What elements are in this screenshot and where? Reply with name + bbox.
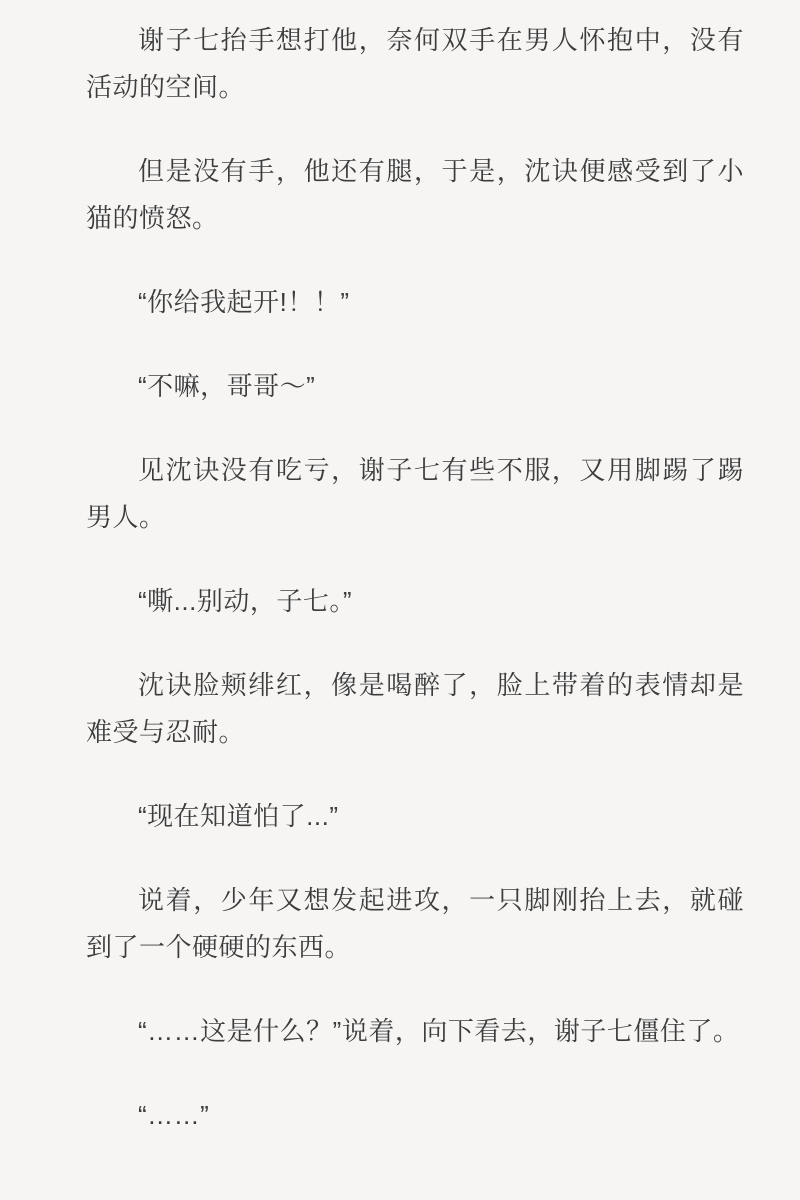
paragraph-dialogue: “现在知道怕了...” <box>86 793 744 840</box>
paragraph: 说着，少年又想发起进攻，一只脚刚抬上去，就碰到了一个硬硬的东西。 <box>86 877 744 971</box>
paragraph: 但是没有手，他还有腿，于是，沈诀便感受到了小猫的愤怒。 <box>86 148 744 242</box>
paragraph: 见沈诀没有吃亏，谢子七有些不服，又用脚踢了踢男人。 <box>86 447 744 541</box>
paragraph: “……这是什么？”说着，向下看去，谢子七僵住了。 <box>86 1008 744 1055</box>
paragraph-dialogue: “你给我起开!！！” <box>86 279 744 326</box>
paragraph-dialogue: “嘶...别动，子七。” <box>86 578 744 625</box>
paragraph: 谢子七抬手想打他，奈何双手在男人怀抱中，没有活动的空间。 <box>86 17 744 111</box>
paragraph-dialogue: “……” <box>86 1092 744 1139</box>
paragraph-dialogue: “不嘛，哥哥～” <box>86 363 744 410</box>
paragraph: 沈诀脸颊绯红，像是喝醉了，脸上带着的表情却是难受与忍耐。 <box>86 662 744 756</box>
novel-text-page: 谢子七抬手想打他，奈何双手在男人怀抱中，没有活动的空间。 但是没有手，他还有腿，… <box>0 0 800 1200</box>
